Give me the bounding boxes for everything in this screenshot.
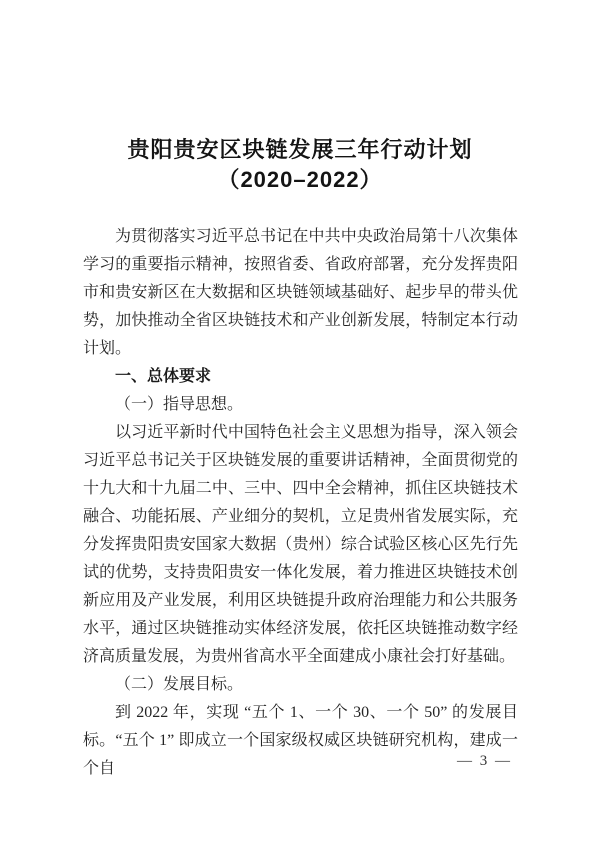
section-heading-overall-requirements: 一、总体要求 [83,363,518,391]
document-title: 贵阳贵安区块链发展三年行动计划 （2020–2022） [0,135,600,195]
subsection-heading-guiding-ideology: （一）指导思想。 [83,391,518,419]
document-page: 贵阳贵安区块链发展三年行动计划 （2020–2022） 为贯彻落实习近平总书记在… [0,0,600,848]
title-line-1: 贵阳贵安区块链发展三年行动计划 [0,135,600,165]
title-line-2: （2020–2022） [0,165,600,195]
subsection-heading-development-goals: （二）发展目标。 [83,671,518,699]
page-footer: — 3 — [457,750,512,772]
paragraph-development-goals: 到 2022 年，实现 “五个 1、一个 30、一个 50” 的发展目标。“五个… [83,699,518,783]
document-body: 为贯彻落实习近平总书记在中共中央政治局第十八次集体学习的重要指示精神，按照省委、… [83,223,518,783]
page-number: — 3 — [457,753,512,769]
paragraph-guiding-ideology: 以习近平新时代中国特色社会主义思想为指导，深入领会习近平总书记关于区块链发展的重… [83,419,518,671]
paragraph-intro: 为贯彻落实习近平总书记在中共中央政治局第十八次集体学习的重要指示精神，按照省委、… [83,223,518,363]
